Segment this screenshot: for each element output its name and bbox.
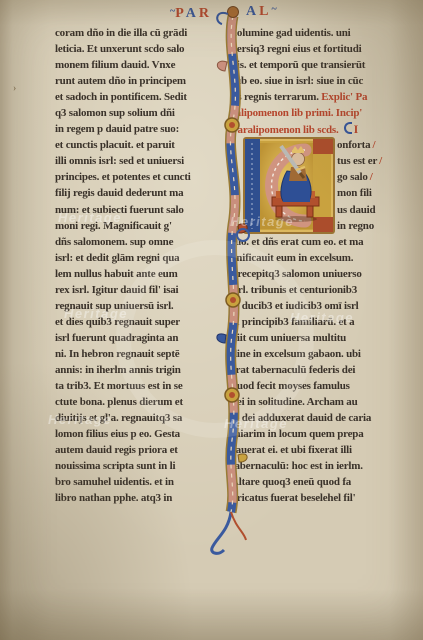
text-line: uersiq3 regni eius et fortitudi: [231, 41, 415, 57]
text-line: runt autem dño in principem: [55, 73, 217, 89]
line-filler: /: [372, 139, 375, 151]
text-line: dñs salomonem. sup omne: [55, 234, 217, 250]
text-line: filij regis dauid dederunt ma: [55, 185, 217, 201]
text-line: bro samuhel uidentis. et in: [55, 474, 217, 490]
text-line: annis: in iherlm annis trigin: [55, 362, 217, 378]
title-letter: L: [259, 4, 271, 19]
text-line: et sadoch in pontificem. Sedit: [55, 89, 217, 105]
text-line: illi omnis isrl: sed et uniuersi: [55, 153, 217, 169]
margin-correction-mark: ›: [13, 83, 16, 94]
manuscript-page: ~PAR AL~ › coram dño in die illa cū grād…: [0, 0, 423, 640]
line-filler: /: [379, 155, 382, 167]
text-line: et principib3 familiarū. et a: [231, 314, 415, 330]
chapter-numeral: I: [354, 122, 359, 136]
right-body-lines: suo. et dñs erat cum eo. et magnificauit…: [231, 234, 415, 507]
text-line: isrl. tribunis et centurionib3: [231, 282, 415, 298]
text-line: moni regi. Magnificauit g': [55, 218, 217, 234]
text-line: et cunctis placuit. et paruit: [55, 137, 217, 153]
text-fragment: us dauid: [337, 204, 375, 216]
text-fragment: onforta: [337, 139, 370, 151]
text-line: autem dauid regis priora et: [55, 442, 217, 458]
running-title-right: AL~: [246, 4, 277, 20]
text-line: thiarim in locum quem prepa: [231, 426, 415, 442]
text-line: ni. In hebron regnauit septē: [55, 346, 217, 362]
title-letter: A: [246, 4, 259, 19]
text-line: Altare quoq3 eneū quod fa: [231, 474, 415, 490]
text-line: num: et subiecti fuerunt salo: [55, 202, 217, 218]
title-letter: P: [175, 6, 186, 21]
text-line: principes. et potentes et cuncti: [55, 169, 217, 185]
left-text-column: coram dño in die illa cū grādileticia. E…: [55, 25, 217, 506]
text-line: dei in solitudine. Archam au: [231, 394, 415, 410]
text-line: rex isrl. Igitur dauid fil' isai: [55, 282, 217, 298]
text-line: coram dño in die illa cū grādi: [55, 25, 217, 41]
explicit-line: tis regnis terrarum. Explic' Pa: [231, 89, 415, 105]
text-line: leticia. Et unxerunt scdo salo: [55, 41, 217, 57]
text-line: diuitijs et gl'a. regnauitq3 sa: [55, 410, 217, 426]
text-line: biit cum uniuersa multitu: [231, 330, 415, 346]
text-line: tē dei adduxerat dauid de caria: [231, 410, 415, 426]
text-line: quod fecit moyses famulus: [231, 378, 415, 394]
text-line: libro nathan pphe. atq3 in: [55, 490, 217, 506]
text-line: nouissima scripta sunt in li: [55, 458, 217, 474]
rubric-line: ralipomenon lib primi. Incip': [231, 105, 415, 121]
running-title-left: ~PAR: [170, 6, 212, 22]
text-line: et dies quib3 regnauit super: [55, 314, 217, 330]
text-line: Precepitq3 salomon uniuerso: [231, 266, 415, 282]
text-fragment: mon fili: [337, 187, 372, 199]
title-letter: R: [199, 6, 212, 21]
text-line: sub eo. siue in isrl: siue in cūc: [231, 73, 415, 89]
text-line: uolumine gad uidentis. uni: [231, 25, 415, 41]
text-line: et ducib3 et iudicib3 omī isrl: [231, 298, 415, 314]
title-letter: A: [186, 6, 199, 21]
text-line: regnauit sup uniuersū isrl.: [55, 298, 217, 314]
text-line: isrl: et dedit glām regni qua: [55, 250, 217, 266]
ornamental-bar-icon: [202, 0, 254, 558]
text-line: in regem p dauid patre suo:: [55, 121, 217, 137]
text-line: lomon filius eius p eo. Gesta: [55, 426, 217, 442]
historiated-initial-c: [243, 137, 335, 234]
text-line: ctute bona. plenus dierum et: [55, 394, 217, 410]
text-line: isrl fuerunt quadraginta an: [55, 330, 217, 346]
chapter-paraph-icon: [344, 122, 352, 134]
text-line: erat tabernaculū federis dei: [231, 362, 415, 378]
text-line: ta trib3. Et mortuus est in se: [55, 378, 217, 394]
text-line: bricatus fuerat beselehel fil': [231, 490, 415, 506]
text-line: suo. et dñs erat cum eo. et ma: [231, 234, 415, 250]
text-line: monem filium dauid. Vnxe: [55, 57, 217, 73]
text-fragment: go salo: [337, 171, 368, 183]
text-fragment: tus est er: [337, 155, 377, 167]
text-line: rauerat ei. et ubi fixerat illi: [231, 442, 415, 458]
rubric-line-with-chapter: Paralipomenon lib scds.I: [231, 121, 415, 137]
flourish-icon: ~: [271, 4, 276, 15]
text-fragment: in regno: [337, 220, 374, 232]
text-line: dine in excelsum gabaon. ubi: [231, 346, 415, 362]
flourish-icon: ~: [170, 6, 175, 17]
text-line: lem nullus habuit ante eum: [55, 266, 217, 282]
right-text-column: uolumine gad uidentis. uniuersiq3 regni …: [231, 25, 415, 506]
rubric-fragment: Explic' Pa: [321, 91, 367, 103]
text-line: tabernaculū: hoc est in ierlm.: [231, 458, 415, 474]
text-line: gnificauit eum in excelsum.: [231, 250, 415, 266]
solomon-enthroned-illustration: [243, 137, 335, 234]
text-line: q3 salomon sup solium dñi: [55, 105, 217, 121]
text-line: nis. et temporū que transierūt: [231, 57, 415, 73]
right-top-lines: uolumine gad uidentis. uniuersiq3 regni …: [231, 25, 415, 89]
line-filler: /: [370, 171, 373, 183]
